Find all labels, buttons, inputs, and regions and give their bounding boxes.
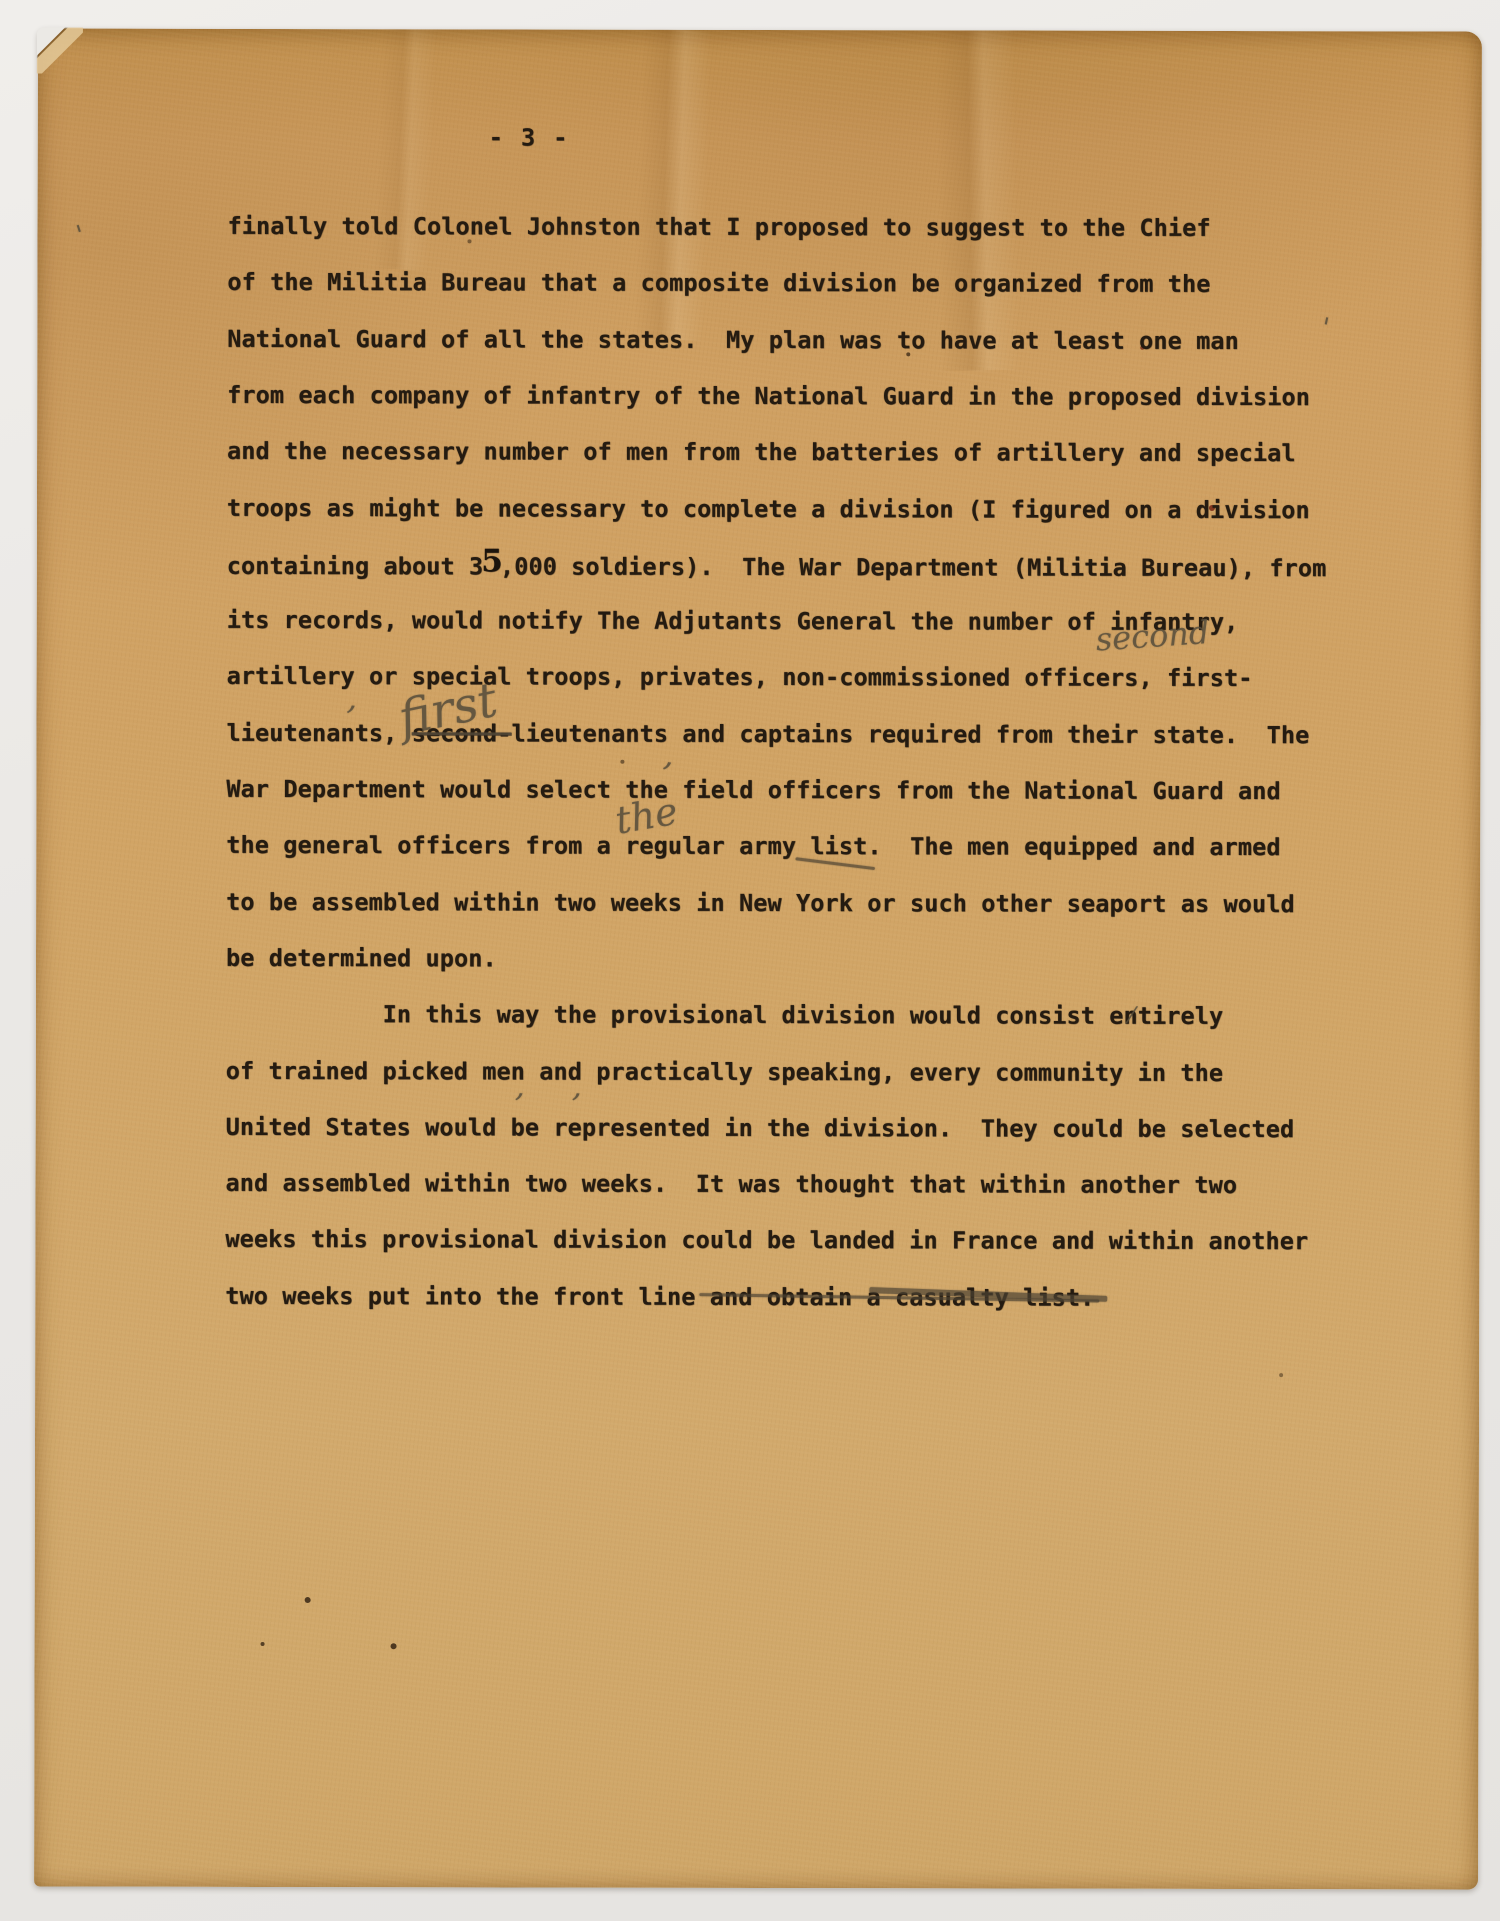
typed-line: lieutenants, second-lieutenants and capt…: [226, 719, 1309, 749]
typed-text: United States would be represented in th…: [226, 1113, 1295, 1143]
typed-line: from each company of infantry of the Nat…: [227, 381, 1310, 411]
typed-text: troops as might be necessary to complete…: [227, 493, 1310, 523]
typed-line: United States would be represented in th…: [226, 1113, 1295, 1143]
pencil-annotation-layer: secondfirstthe,,,,''/: [38, 28, 1482, 31]
document-paper: - 3 - finally told Colonel Johnston that…: [34, 28, 1482, 1889]
typed-text-layer: finally told Colonel Johnston that I pro…: [38, 28, 1482, 31]
corner-fold: [37, 27, 83, 73]
typed-line: the general officers from a regular army…: [226, 831, 1280, 861]
typed-text: of trained picked men and practically sp…: [226, 1056, 1223, 1086]
typed-text: In this way the provisional division wou…: [226, 1000, 1223, 1030]
typed-text: finally told Colonel Johnston that I pro…: [228, 212, 1211, 242]
typed-line: of the Militia Bureau that a composite d…: [227, 268, 1210, 298]
stray-tick-right-line4: ': [1318, 313, 1331, 344]
page-number: - 3 -: [489, 123, 570, 151]
typed-line: War Department would select the field of…: [226, 775, 1280, 805]
typed-line: troops as might be necessary to complete…: [227, 493, 1310, 523]
typed-text: and the necessary number of men from the…: [227, 437, 1296, 467]
typed-line: artillery or special troops, privates, n…: [227, 662, 1253, 692]
typed-line: In this way the provisional division wou…: [226, 1000, 1223, 1030]
typed-text: of the Militia Bureau that a composite d…: [227, 268, 1210, 298]
typed-text: the general officers from a regular army…: [226, 831, 1280, 861]
typed-text: two weeks put into the front line and ob…: [225, 1282, 1094, 1312]
typed-text: and assembled within two weeks. It was t…: [226, 1169, 1238, 1199]
typed-line: to be assembled within two weeks in New …: [226, 887, 1295, 917]
typed-line: of trained picked men and practically sp…: [226, 1056, 1223, 1086]
typed-text: artillery or special troops, privates, n…: [227, 662, 1253, 692]
typed-line: National Guard of all the states. My pla…: [227, 324, 1239, 354]
typed-text: be determined upon.: [226, 944, 497, 973]
struck-word: second-: [412, 719, 512, 747]
paper-crease: [935, 30, 1020, 371]
typed-line: and assembled within two weeks. It was t…: [226, 1169, 1238, 1199]
typed-line: its records, would notify The Adjutants …: [227, 606, 1239, 636]
typed-text: ,000 soldiers). The War Department (Mili…: [500, 552, 1326, 582]
typed-line: and the necessary number of men from the…: [227, 437, 1296, 467]
typed-text: War Department would select the field of…: [226, 775, 1280, 805]
typed-line: containing about 35,000 soldiers). The W…: [227, 550, 1327, 582]
typed-text: weeks this provisional division could be…: [225, 1225, 1308, 1255]
typed-text: lieutenants,: [226, 719, 411, 747]
typed-text: containing about 3: [227, 552, 484, 581]
typed-text: its records, would notify The Adjutants …: [227, 606, 1239, 636]
typed-line: be determined upon.: [226, 944, 497, 973]
stray-tick-left-margin: ': [73, 220, 89, 251]
typed-line: two weeks put into the front line and ob…: [225, 1282, 1094, 1312]
typed-text: lieutenants and captains required from t…: [511, 719, 1309, 749]
typed-line: weeks this provisional division could be…: [225, 1225, 1308, 1255]
typed-line: finally told Colonel Johnston that I pro…: [228, 212, 1211, 242]
typed-text: to be assembled within two weeks in New …: [226, 887, 1295, 917]
overwritten-digit: 5: [481, 547, 503, 575]
typed-text: from each company of infantry of the Nat…: [227, 381, 1310, 411]
typed-text: National Guard of all the states. My pla…: [227, 324, 1239, 354]
